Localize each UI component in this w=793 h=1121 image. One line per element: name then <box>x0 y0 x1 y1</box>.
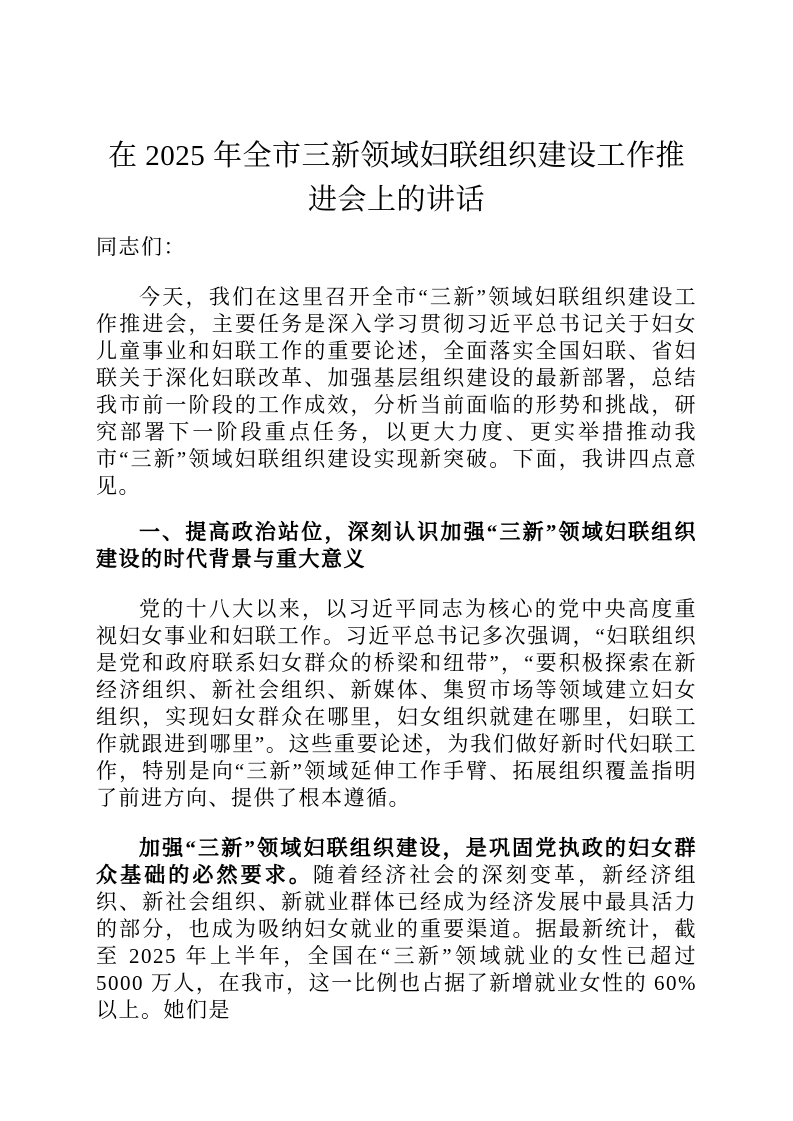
paragraph-significance: 加强“三新”领域妇联组织建设，是巩固党执政的妇女群众基础的必然要求。随着经济社会… <box>96 835 697 1024</box>
section-heading-1: 一、提高政治站位，深刻认识加强“三新”领域妇联组织建设的时代背景与重大意义 <box>96 519 697 573</box>
document-title: 在 2025 年全市三新领域妇联组织建设工作推进会上的讲话 <box>96 134 697 222</box>
document-page: 在 2025 年全市三新领域妇联组织建设工作推进会上的讲话 同志们： 今天，我们… <box>0 0 793 1121</box>
paragraph-opening: 今天，我们在这里召开全市“三新”领域妇联组织建设工作推进会，主要任务是深入学习贯… <box>96 284 697 500</box>
salutation: 同志们： <box>96 234 697 261</box>
paragraph-background: 党的十八大以来，以习近平同志为核心的党中央高度重视妇女事业和妇联工作。习近平总书… <box>96 596 697 812</box>
